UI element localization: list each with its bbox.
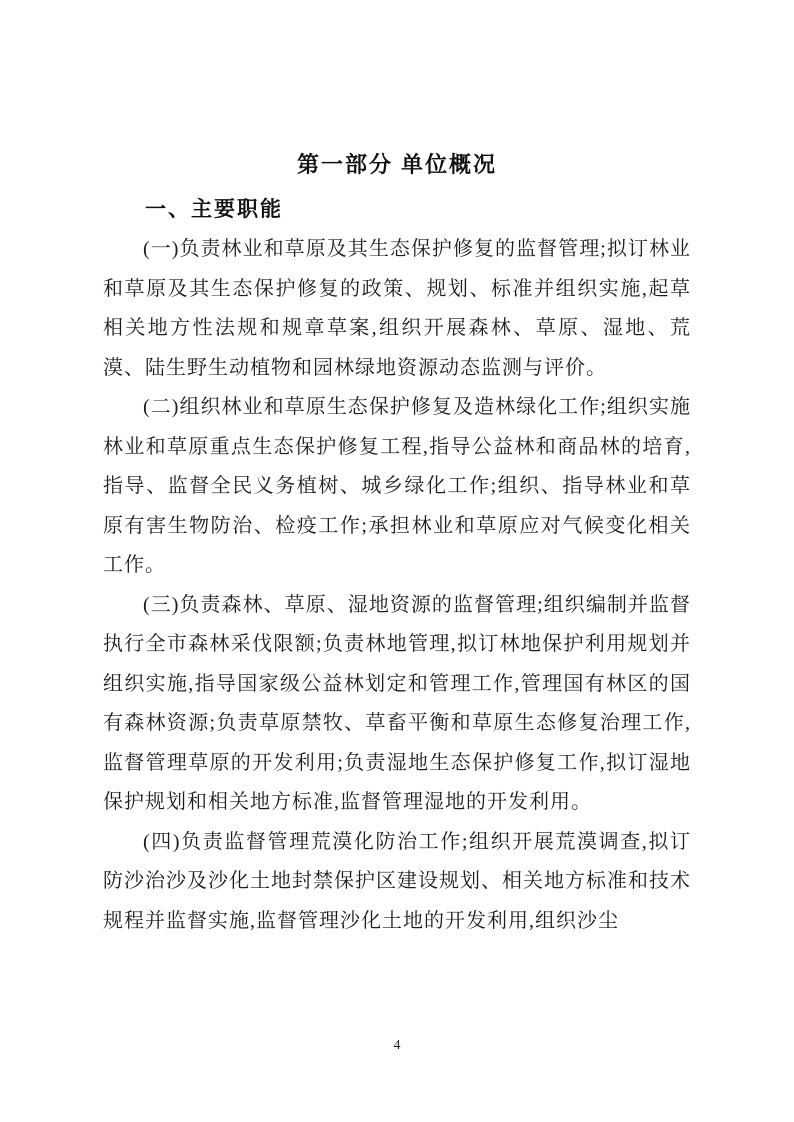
- paragraph-3: (三)负责森林、草原、湿地资源的监督管理;组织编制并监督执行全市森林采伐限额;负…: [103, 586, 691, 823]
- document-title: 第一部分 单位概况: [103, 145, 691, 185]
- section-heading: 一、主要职能: [103, 190, 691, 230]
- document-page: 第一部分 单位概况 一、主要职能 (一)负责林业和草原及其生态保护修复的监督管理…: [0, 0, 794, 1122]
- page-number: 4: [0, 1036, 794, 1056]
- paragraph-4: (四)负责监督管理荒漠化防治工作;组织开展荒漠调查,拟订防沙治沙及沙化土地封禁保…: [103, 823, 691, 942]
- document-content: 第一部分 单位概况 一、主要职能 (一)负责林业和草原及其生态保护修复的监督管理…: [103, 145, 691, 941]
- paragraph-1: (一)负责林业和草原及其生态保护修复的监督管理;拟订林业和草原及其生态保护修复的…: [103, 230, 691, 388]
- paragraph-2: (二)组织林业和草原生态保护修复及造林绿化工作;组织实施林业和草原重点生态保护修…: [103, 388, 691, 586]
